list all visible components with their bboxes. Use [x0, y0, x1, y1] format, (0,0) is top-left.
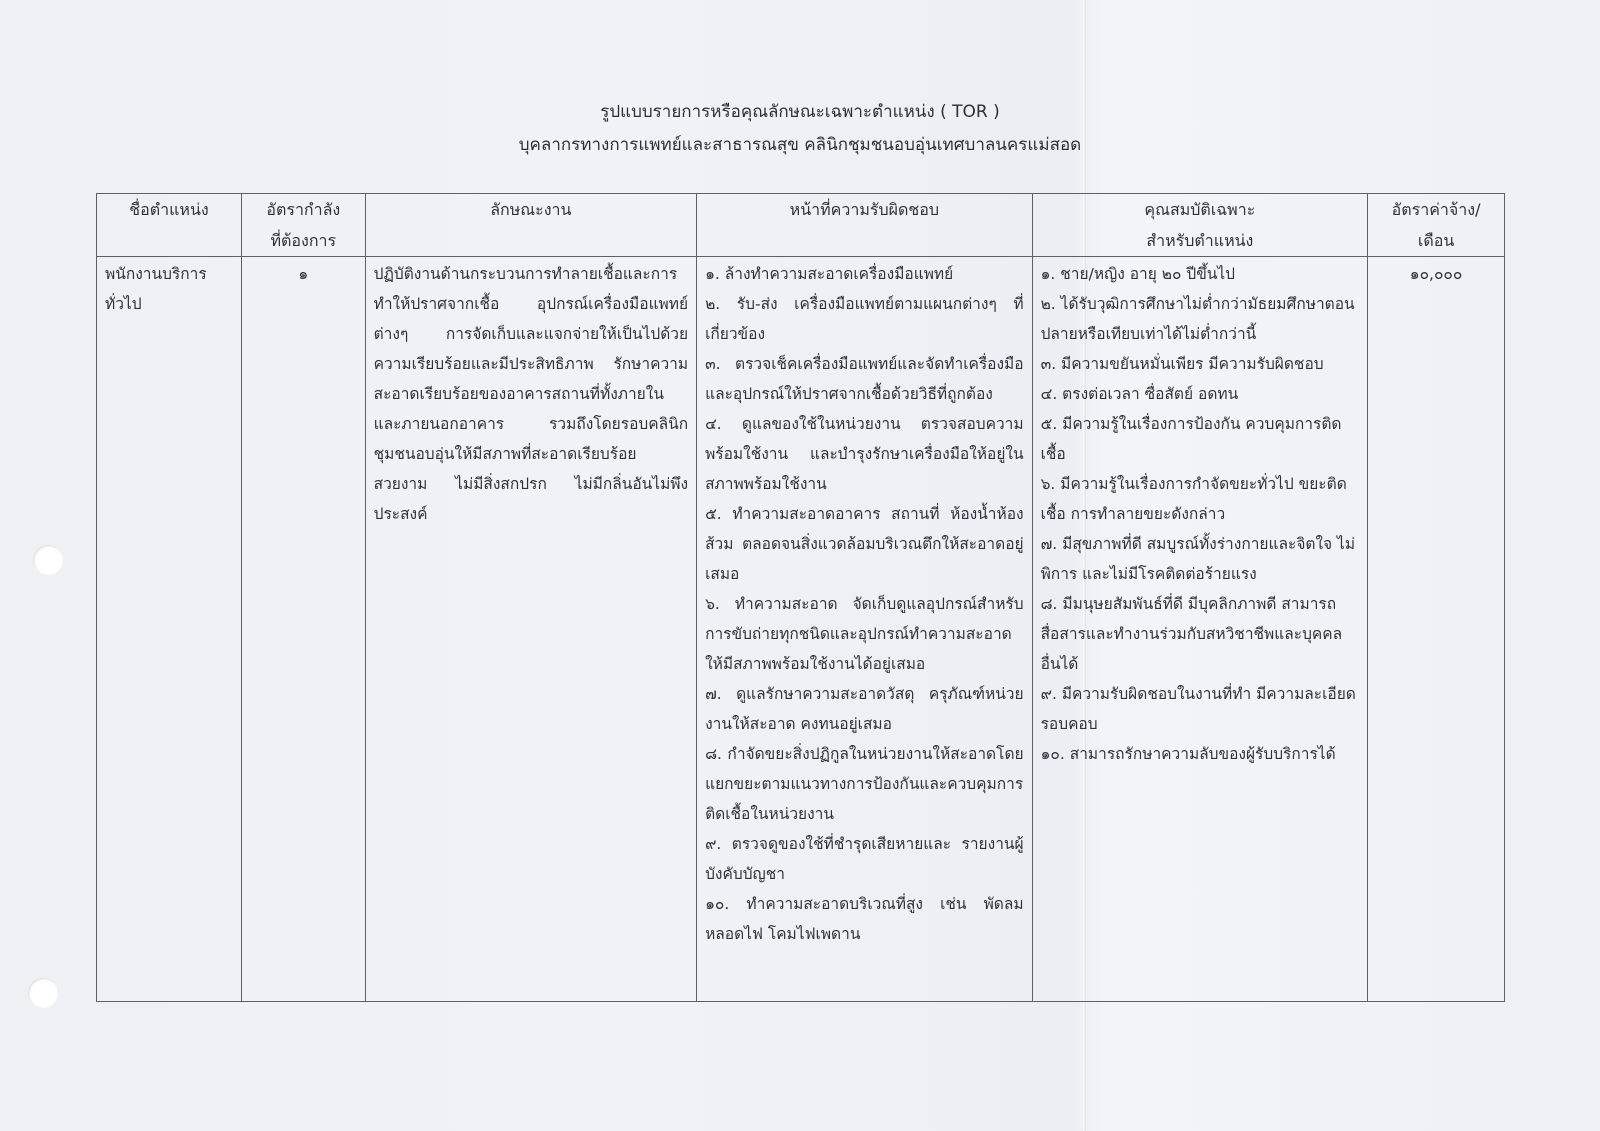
qualification-item: ๗. มีสุขภาพที่ดี สมบูรณ์ทั้งร่างกายและจิ… — [1041, 529, 1360, 589]
header-wage: อัตราค่าจ้าง/ เดือน — [1368, 194, 1505, 257]
header-qualifications: คุณสมบัติเฉพาะ สำหรับตำแหน่ง — [1032, 194, 1368, 257]
qualification-item: ๘. มีมนุษยสัมพันธ์ที่ดี มีบุคลิกภาพดี สา… — [1041, 589, 1360, 679]
qualification-item: ๖. มีความรู้ในเรื่องการกำจัดขยะทั่วไป ขย… — [1041, 469, 1360, 529]
responsibility-item: ๖. ทำความสะอาด จัดเก็บดูแลอุปกรณ์สำหรับก… — [705, 589, 1024, 679]
cell-job-description: ปฏิบัติงานด้านกระบวนการทำลายเชื้อและการท… — [365, 257, 696, 1002]
header-job-description: ลักษณะงาน — [365, 194, 696, 257]
responsibility-item: ๒. รับ-ส่ง เครื่องมือแพทย์ตามแผนกต่างๆ ท… — [705, 289, 1024, 349]
cell-qualifications: ๑. ชาย/หญิง อายุ ๒๐ ปีขึ้นไป ๒. ได้รับวุ… — [1032, 257, 1368, 1002]
responsibility-item: ๗. ดูแลรักษาความสะอาดวัสดุ ครุภัณฑ์หน่วย… — [705, 679, 1024, 739]
responsibility-item: ๑. ล้างทำความสะอาดเครื่องมือแพทย์ — [705, 259, 1024, 289]
header-responsibilities: หน้าที่ความรับผิดชอบ — [697, 194, 1033, 257]
header-headcount: อัตรากำลัง ที่ต้องการ — [241, 194, 365, 257]
responsibility-item: ๑๐. ทำความสะอาดบริเวณที่สูง เช่น พัดลม ห… — [705, 889, 1024, 949]
responsibility-item: ๓. ตรวจเช็คเครื่องมือแพทย์และจัดทำเครื่อ… — [705, 349, 1024, 409]
cell-responsibilities: ๑. ล้างทำความสะอาดเครื่องมือแพทย์ ๒. รับ… — [697, 257, 1033, 1002]
responsibility-item: ๕. ทำความสะอาดอาคาร สถานที่ ห้องน้ำห้องส… — [705, 499, 1024, 589]
punch-hole — [33, 545, 63, 575]
qualification-item: ๑. ชาย/หญิง อายุ ๒๐ ปีขึ้นไป — [1041, 259, 1360, 289]
responsibility-item: ๙. ตรวจดูของใช้ที่ชำรุดเสียหายและ รายงาน… — [705, 829, 1024, 889]
qualification-item: ๑๐. สามารถรักษาความลับของผู้รับบริการได้ — [1041, 739, 1360, 769]
cell-wage: ๑๐,๐๐๐ — [1368, 257, 1505, 1002]
punch-hole — [28, 978, 58, 1008]
qualification-item: ๒. ได้รับวุฒิการศึกษาไม่ต่ำกว่ามัธยมศึกษ… — [1041, 289, 1360, 349]
header-position: ชื่อตำแหน่ง — [97, 194, 242, 257]
responsibility-item: ๘. กำจัดขยะสิ่งปฏิกูลในหน่วยงานให้สะอาดโ… — [705, 739, 1024, 829]
cell-position: พนักงานบริการทั่วไป — [97, 257, 242, 1002]
table-row: พนักงานบริการทั่วไป ๑ ปฏิบัติงานด้านกระบ… — [97, 257, 1505, 1002]
tor-table: ชื่อตำแหน่ง อัตรากำลัง ที่ต้องการ ลักษณะ… — [96, 193, 1505, 1002]
document-title: รูปแบบรายการหรือคุณลักษณะเฉพาะตำแหน่ง ( … — [0, 98, 1600, 125]
responsibility-item: ๔. ดูแลของใช้ในหน่วยงาน ตรวจสอบความพร้อม… — [705, 409, 1024, 499]
qualification-item: ๕. มีความรู้ในเรื่องการป้องกัน ควบคุมการ… — [1041, 409, 1360, 469]
qualification-item: ๔. ตรงต่อเวลา ซื่อสัตย์ อดทน — [1041, 379, 1360, 409]
scanned-page: รูปแบบรายการหรือคุณลักษณะเฉพาะตำแหน่ง ( … — [0, 0, 1600, 1131]
table-header-row: ชื่อตำแหน่ง อัตรากำลัง ที่ต้องการ ลักษณะ… — [97, 194, 1505, 257]
document-subtitle: บุคลากรทางการแพทย์และสาธารณสุข คลินิกชุม… — [0, 131, 1600, 158]
qualification-item: ๓. มีความขยันหมั่นเพียร มีความรับผิดชอบ — [1041, 349, 1360, 379]
qualification-item: ๙. มีความรับผิดชอบในงานที่ทำ มีความละเอี… — [1041, 679, 1360, 739]
cell-headcount: ๑ — [241, 257, 365, 1002]
